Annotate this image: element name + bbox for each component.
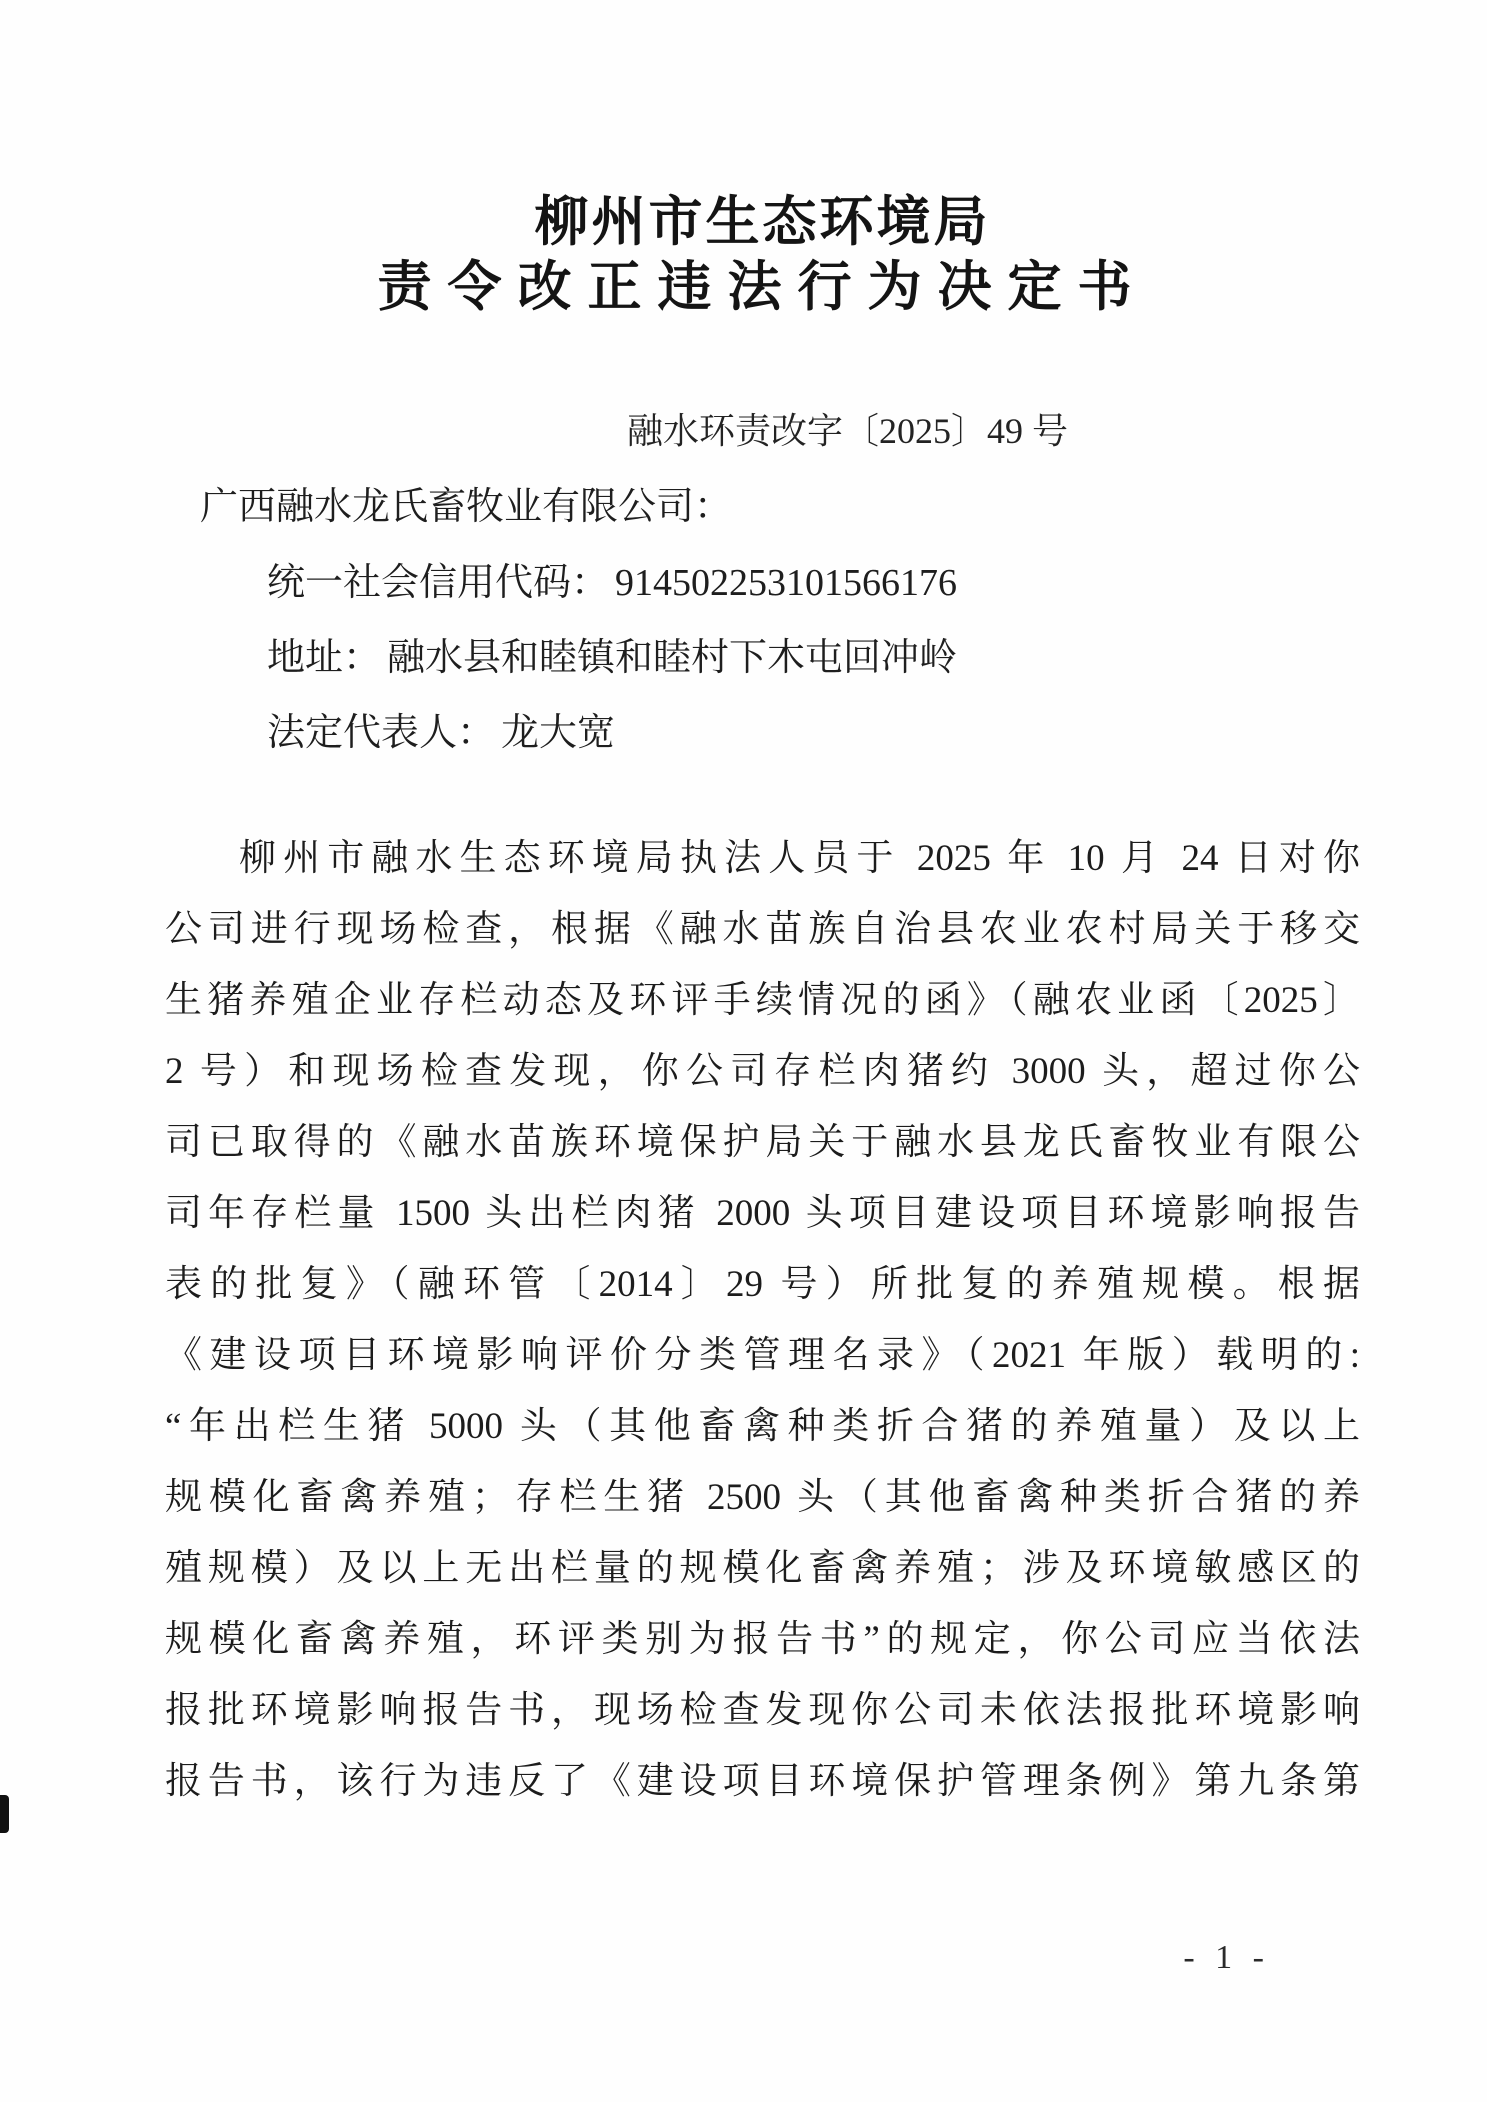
legal-representative-line: 法定代表人：龙大宽 — [165, 696, 1360, 771]
body-line: 规模化畜禽养殖，环评类别为报告书”的规定，你公司应当依法 — [165, 1604, 1360, 1675]
body-line: 公司进行现场检查，根据《融水苗族自治县农业农村局关于移交 — [165, 894, 1360, 965]
address-value: 融水县和睦镇和睦村下木屯回冲岭 — [387, 637, 957, 679]
body-line: 规模化畜禽养殖；存栏生猪 2500 头（其他畜禽种类折合猪的养 — [165, 1462, 1360, 1533]
credit-code-label: 统一社会信用代码： — [267, 562, 609, 604]
address-label: 地址： — [267, 637, 381, 679]
body-line: 报批环境影响报告书，现场检查发现你公司未依法报批环境影响 — [165, 1675, 1360, 1746]
scan-artifact-mark — [0, 1795, 9, 1833]
legal-representative-label: 法定代表人： — [267, 712, 495, 754]
title-agency: 柳州市生态环境局 — [165, 190, 1360, 254]
body-line: 司已取得的《融水苗族环境保护局关于融水县龙氏畜牧业有限公 — [165, 1107, 1360, 1178]
body-line: 《建设项目环境影响评价分类管理名录》（2021 年版）载明的: — [165, 1320, 1360, 1391]
page-number: - 1 - — [1183, 1936, 1270, 1980]
body-paragraph: 柳州市融水生态环境局执法人员于 2025 年 10 月 24 日对你 公司进行现… — [165, 823, 1360, 1817]
company-info-block: 统一社会信用代码：914502253101566176 地址：融水县和睦镇和睦村… — [165, 546, 1360, 771]
title-document-type: 责令改正违法行为决定书 — [165, 254, 1360, 320]
recipient-line: 广西融水龙氏畜牧业有限公司： — [165, 480, 1360, 534]
body-line: 报告书，该行为违反了《建设项目环境保护管理条例》第九条第 — [165, 1746, 1360, 1817]
body-line: 2 号）和现场检查发现，你公司存栏肉猪约 3000 头，超过你公 — [165, 1036, 1360, 1107]
body-line: 生猪养殖企业存栏动态及环评手续情况的函》（融农业函〔2025〕 — [165, 965, 1360, 1036]
body-line: 司年存栏量 1500 头出栏肉猪 2000 头项目建设项目环境影响报告 — [165, 1178, 1360, 1249]
body-line: 表的批复》（融环管〔2014〕29 号）所批复的养殖规模。根据 — [165, 1249, 1360, 1320]
legal-representative-value: 龙大宽 — [501, 712, 615, 754]
document-page: 柳州市生态环境局 责令改正违法行为决定书 融水环责改字〔2025〕49 号 广西… — [0, 0, 1487, 2102]
document-title: 柳州市生态环境局 责令改正违法行为决定书 — [165, 190, 1360, 320]
document-number: 融水环责改字〔2025〕49 号 — [250, 408, 1445, 454]
body-line: 柳州市融水生态环境局执法人员于 2025 年 10 月 24 日对你 — [165, 823, 1360, 894]
document-content: 柳州市生态环境局 责令改正违法行为决定书 融水环责改字〔2025〕49 号 广西… — [165, 0, 1360, 1817]
body-line: “年出栏生猪 5000 头（其他畜禽种类折合猪的养殖量）及以上 — [165, 1391, 1360, 1462]
credit-code-value: 914502253101566176 — [615, 562, 957, 604]
body-line: 殖规模）及以上无出栏量的规模化畜禽养殖；涉及环境敏感区的 — [165, 1533, 1360, 1604]
credit-code-line: 统一社会信用代码：914502253101566176 — [165, 546, 1360, 621]
address-line: 地址：融水县和睦镇和睦村下木屯回冲岭 — [165, 621, 1360, 696]
